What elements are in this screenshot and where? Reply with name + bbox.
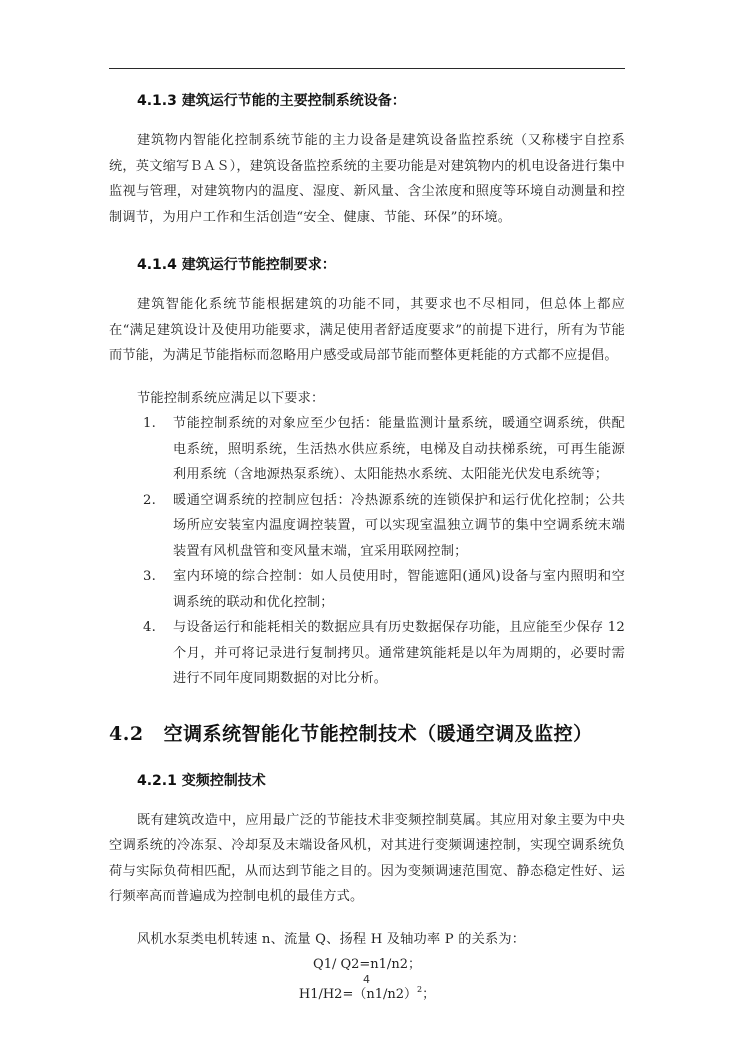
paragraph-control-requirements: 建筑智能化系统节能根据建筑的功能不同，其要求也不尽相同，但总体上都应在“满足建筑… <box>109 292 625 369</box>
spacer <box>109 754 625 768</box>
section-number: 4.2 <box>109 723 144 745</box>
spacer <box>109 114 625 128</box>
formula-head-main: H1/H2=（n1/n2） <box>299 987 417 1002</box>
spacer <box>109 369 625 386</box>
list-item-text: 节能控制系统的对象应至少包括：能量监测计量系统，暖通空调系统，供配电系统，照明系… <box>173 416 625 482</box>
list-item-text: 室内环境的综合控制：如人员使用时，智能遮阳(通风)设备与室内照明和空调系统的联动… <box>173 569 625 610</box>
list-item: 2. 暖通空调系统的控制应包括：冷热源系统的连锁保护和运行优化控制；公共场所应安… <box>109 488 625 565</box>
document-page: 4.1.3 建筑运行节能的主要控制系统设备： 建筑物内智能化控制系统节能的主力设… <box>0 0 733 1037</box>
list-item-number: 3. <box>143 564 156 590</box>
list-item-number: 2. <box>143 488 156 514</box>
heading-4-2: 4.2空调系统智能化节能控制技术（暖通空调及监控） <box>109 714 625 754</box>
list-item: 4. 与设备运行和能耗相关的数据应具有历史数据保存功能，且应能至少保存 12 个… <box>109 615 625 692</box>
heading-4-2-1: 4.2.1 变频控制技术 <box>109 768 625 794</box>
list-item-number: 4. <box>143 615 156 641</box>
list-item: 3. 室内环境的综合控制：如人员使用时，智能遮阳(通风)设备与室内照明和空调系统… <box>109 564 625 615</box>
spacer <box>109 230 625 252</box>
header-rule <box>109 68 625 69</box>
relation-intro: 风机水泵类电机转速 n、流量 Q、扬程 H 及轴功率 P 的关系为： <box>109 927 625 953</box>
list-item-text: 暖通空调系统的控制应包括：冷热源系统的连锁保护和运行优化控制；公共场所应安装室内… <box>173 493 625 559</box>
spacer <box>109 910 625 927</box>
section-title: 空调系统智能化节能控制技术（暖通空调及监控） <box>164 723 593 745</box>
list-item: 1. 节能控制系统的对象应至少包括：能量监测计量系统，暖通空调系统，供配电系统，… <box>109 411 625 488</box>
list-item-number: 1. <box>143 411 156 437</box>
list-item-text: 与设备运行和能耗相关的数据应具有历史数据保存功能，且应能至少保存 12 个月，并… <box>173 620 625 686</box>
spacer <box>109 692 625 714</box>
page-number: 4 <box>0 973 733 986</box>
formula-head-end: ； <box>422 987 435 1002</box>
requirements-list: 1. 节能控制系统的对象应至少包括：能量监测计量系统，暖通空调系统，供配电系统，… <box>109 411 625 692</box>
heading-4-1-3: 4.1.3 建筑运行节能的主要控制系统设备： <box>109 88 625 114</box>
spacer <box>109 794 625 808</box>
paragraph-vfd: 既有建筑改造中，应用最广泛的节能技术非变频控制莫属。其应用对象主要为中央空调系统… <box>109 808 625 910</box>
list-intro: 节能控制系统应满足以下要求： <box>109 386 625 412</box>
paragraph-bas: 建筑物内智能化控制系统节能的主力设备是建筑设备监控系统（又称楼宇自控系统，英文缩… <box>109 128 625 230</box>
spacer <box>109 278 625 292</box>
heading-4-1-4: 4.1.4 建筑运行节能控制要求： <box>109 252 625 278</box>
page-content: 4.1.3 建筑运行节能的主要控制系统设备： 建筑物内智能化控制系统节能的主力设… <box>109 88 625 1007</box>
